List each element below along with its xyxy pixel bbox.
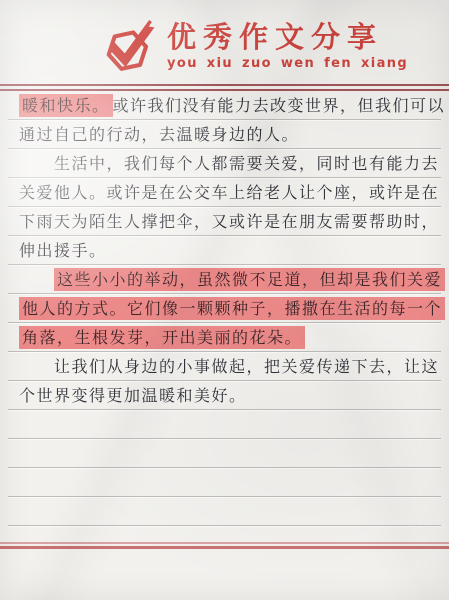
- ruled-line-empty: [8, 410, 441, 439]
- handwritten-line-text: 下雨天为陌生人撑把伞，又或许是在朋友需要帮助时，: [19, 210, 441, 234]
- handwritten-line-text: 暖和快乐。或许我们没有能力去改变世界，但我们可以: [19, 94, 441, 118]
- essay-line: 关爱他人。或许是在公交车上给老人让个座，或许是在: [8, 178, 441, 207]
- title-block: 优秀作文分享 you xiu zuo wen fen xiang: [167, 23, 408, 71]
- essay-line: 个世界变得更加温暖和美好。: [8, 381, 441, 410]
- handwritten-line-text: 让我们从身边的小事做起，把关爱传递下去，让这: [19, 355, 441, 379]
- essay-line: 下雨天为陌生人撑把伞，又或许是在朋友需要帮助时，: [8, 207, 441, 236]
- handwritten-line-text: 生活中，我们每个人都需要关爱，同时也有能力去: [19, 152, 441, 176]
- highlighted-text: 角落，生根发芽，开出美丽的花朵。: [19, 326, 305, 349]
- page-title: 优秀作文分享: [167, 23, 408, 52]
- handwritten-line-text: 这些小小的举动，虽然微不足道，但却是我们关爱: [19, 268, 441, 292]
- handwritten-line-text: 伸出援手。: [19, 239, 441, 263]
- essay-line: 暖和快乐。或许我们没有能力去改变世界，但我们可以: [8, 91, 441, 120]
- notebook-page: 优秀作文分享 you xiu zuo wen fen xiang 暖和快乐。或许…: [0, 0, 449, 600]
- essay-line: 角落，生根发芽，开出美丽的花朵。: [8, 323, 441, 352]
- ruled-line-empty: [8, 439, 441, 468]
- highlighted-text: 暖和快乐。: [19, 94, 113, 117]
- footer-divider: [0, 542, 449, 550]
- handwritten-text: 让我们从身边的小事做起，把关爱传递下去，让这: [54, 355, 439, 378]
- handwritten-text: 关爱他人。或许是在公交车上给老人让个座，或许是在: [19, 181, 439, 204]
- essay-line: 这些小小的举动，虽然微不足道，但却是我们关爱: [8, 265, 441, 294]
- essay-line: 生活中，我们每个人都需要关爱，同时也有能力去: [8, 149, 441, 178]
- ruled-line-empty: [8, 468, 441, 497]
- handwritten-text: 通过自己的行动，去温暖身边的人。: [19, 123, 299, 146]
- handwritten-text: 生活中，我们每个人都需要关爱，同时也有能力去: [54, 152, 439, 175]
- highlighted-text: 他人的方式。它们像一颗颗种子，播撒在生活的每一个: [19, 297, 445, 320]
- ruled-line-empty: [8, 497, 441, 526]
- essay-body: 暖和快乐。或许我们没有能力去改变世界，但我们可以通过自己的行动，去温暖身边的人。…: [8, 91, 441, 526]
- handwritten-text: 个世界变得更加温暖和美好。: [19, 384, 247, 407]
- handwritten-line-text: 个世界变得更加温暖和美好。: [19, 384, 441, 408]
- highlighted-text: 这些小小的举动，虽然微不足道，但却是我们关爱: [54, 268, 445, 291]
- essay-line: 通过自己的行动，去温暖身边的人。: [8, 120, 441, 149]
- handwritten-line-text: 他人的方式。它们像一颗颗种子，播撒在生活的每一个: [19, 297, 441, 321]
- handwritten-text: 下雨天为陌生人撑把伞，又或许是在朋友需要帮助时，: [19, 210, 439, 233]
- essay-line: 伸出援手。: [8, 236, 441, 265]
- handwritten-line-text: 通过自己的行动，去温暖身边的人。: [19, 123, 441, 147]
- hexagon-checkmark-icon: [101, 18, 161, 76]
- handwritten-text: 或许我们没有能力去改变世界，但我们可以: [113, 94, 446, 117]
- page-header: 优秀作文分享 you xiu zuo wen fen xiang: [0, 0, 449, 84]
- essay-line: 让我们从身边的小事做起，把关爱传递下去，让这: [8, 352, 441, 381]
- handwritten-line-text: 角落，生根发芽，开出美丽的花朵。: [19, 326, 441, 350]
- handwritten-text: 伸出援手。: [19, 239, 107, 262]
- page-title-pinyin: you xiu zuo wen fen xiang: [167, 56, 408, 71]
- essay-line: 他人的方式。它们像一颗颗种子，播撒在生活的每一个: [8, 294, 441, 323]
- header-divider: [0, 84, 449, 91]
- handwritten-line-text: 关爱他人。或许是在公交车上给老人让个座，或许是在: [19, 181, 441, 205]
